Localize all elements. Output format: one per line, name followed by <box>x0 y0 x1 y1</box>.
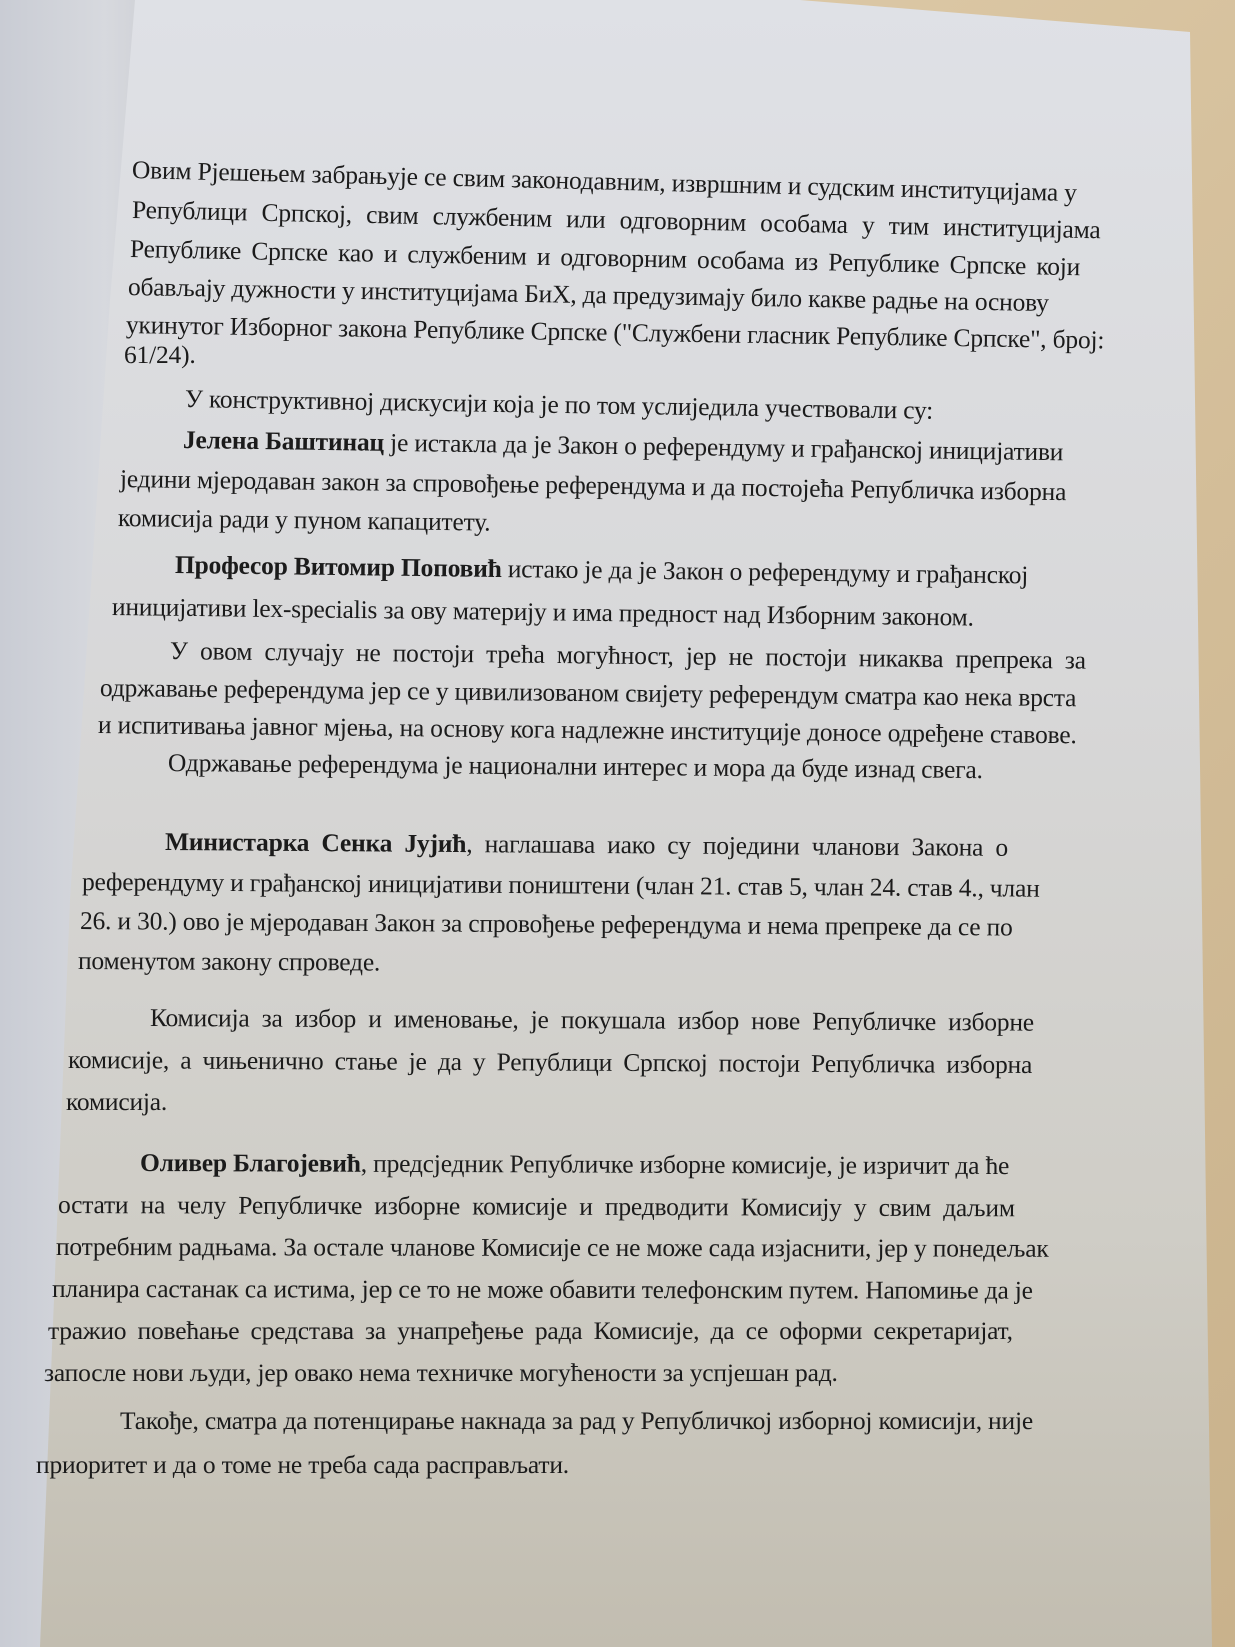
text-line: иницијативи lex-specialis за ову материј… <box>112 592 974 633</box>
text-line: Оливер Благојевић, предсједник Републичк… <box>140 1148 1009 1181</box>
text-line: Комисија за избор и именовање, је покуша… <box>150 1003 1034 1038</box>
text-line: референдуму и грађанској иницијативи пон… <box>82 867 1040 904</box>
speaker-text: , наглашава иако су поједини чланови Зак… <box>466 829 1008 862</box>
text-line: комисије, а чињенично стање је да у Репу… <box>68 1045 1032 1080</box>
document-body: Овим Рјешењем забрањује се свим законода… <box>0 0 1235 1647</box>
text-line: 26. и 30.) ово је мјеродаван Закон за сп… <box>80 906 1013 943</box>
text-line: приоритет и да о томе не треба сада расп… <box>36 1450 569 1480</box>
speaker-text: , предсједник Републичке изборне комисиј… <box>361 1149 1009 1180</box>
text-line: и испитивања јавног мјења, на основу ког… <box>98 710 1077 750</box>
text-line: остати на челу Републичке изборне комиси… <box>58 1190 1015 1223</box>
text-line: Министарка Сенка Јујић, наглашава иако с… <box>165 827 1008 863</box>
text-line: поменутом закону спроведе. <box>78 946 380 978</box>
text-line: одржавање референдума јер се у цивилизов… <box>100 673 1077 713</box>
speaker-text: је истакла да је Закон о референдуму и г… <box>384 428 1064 466</box>
text-line: планира састанак са истима, јер се то не… <box>52 1274 1033 1306</box>
text-line: комисија ради у пуном капацитету. <box>118 503 491 538</box>
speaker-name: Јелена Баштинац <box>183 425 384 457</box>
speaker-name: Оливер Благојевић <box>140 1148 361 1178</box>
speaker-text: истако је да је Закон о референдуму и гр… <box>501 554 1028 589</box>
text-line: Одржавање референдума је национални инте… <box>168 748 983 785</box>
speaker-name: Професор Витомир Поповић <box>175 550 502 583</box>
text-line: једини мјеродаван закон за спровођење ре… <box>120 464 1067 507</box>
text-line: укинутог Изборног закона Републике Српск… <box>126 310 1056 355</box>
text-line: потребним радњама. За остале чланове Ком… <box>56 1232 1049 1264</box>
text-line: 61/24). <box>124 340 196 370</box>
text-line: Професор Витомир Поповић истако је да је… <box>175 550 1028 590</box>
text-line: комисија. <box>66 1087 167 1117</box>
text-line: У овом случају не постоји трећа могућнос… <box>170 636 1086 676</box>
text-line: тражио повећање средстава за унапређење … <box>48 1316 1013 1346</box>
text-line: Јелена Баштинац је истакла да је Закон о… <box>183 425 1064 467</box>
text-line: У конструктивној дискусији која је по то… <box>185 384 934 426</box>
speaker-name: Министарка Сенка Јујић <box>165 827 467 858</box>
text-line: Такође, сматра да потенцирање накнада за… <box>120 1406 1033 1436</box>
text-line: запосле нови људи, јер овако нема технич… <box>44 1358 838 1388</box>
